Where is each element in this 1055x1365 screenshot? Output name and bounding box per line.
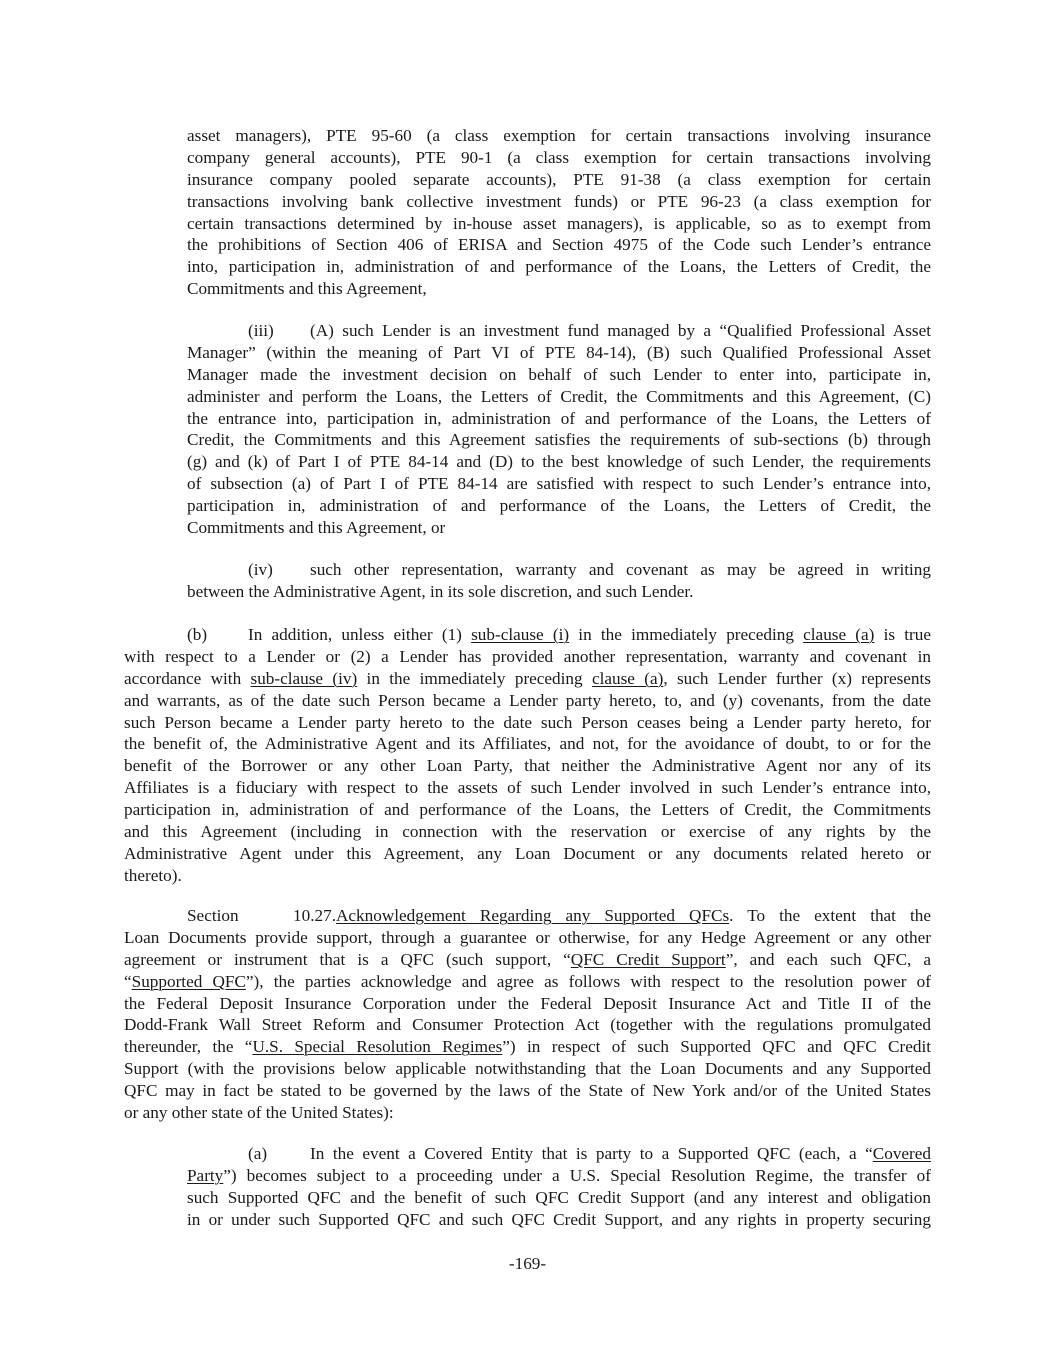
text-line: certain transactions determined by in-ho… bbox=[187, 213, 931, 235]
text-line: the benefit of, the Administrative Agent… bbox=[124, 733, 931, 755]
cross-reference-link[interactable]: sub-clause (i) bbox=[471, 625, 569, 644]
text-line: accordance with sub-clause (iv) in the i… bbox=[124, 668, 931, 690]
paragraph-continuation: asset managers), PTE 95-60 (a class exem… bbox=[187, 125, 931, 300]
text-segment: ”) becomes subject to a proceeding under… bbox=[223, 1166, 931, 1185]
text-segment: agreement or instrument that is a QFC (s… bbox=[124, 950, 571, 969]
text-line: and this Agreement (including in connect… bbox=[124, 821, 931, 843]
text-line: Commitments and this Agreement, or bbox=[187, 517, 931, 539]
text-segment: thereunder, the “ bbox=[124, 1037, 252, 1056]
text-line: with respect to a Lender or (2) a Lender… bbox=[124, 646, 931, 668]
text-line: Support (with the provisions below appli… bbox=[124, 1058, 931, 1080]
paragraph-first-line: (iii)(A) such Lender is an investment fu… bbox=[187, 320, 931, 342]
clause-marker: (iv) bbox=[248, 559, 310, 581]
section-heading-line: Section 10.27.Acknowledgement Regarding … bbox=[124, 905, 931, 927]
defined-term: Party bbox=[187, 1166, 223, 1185]
page-number: -169- bbox=[0, 1254, 1055, 1274]
defined-term: Covered bbox=[873, 1144, 931, 1163]
text-line: Loan Documents provide support, through … bbox=[124, 927, 931, 949]
text-segment: . To the extent that the bbox=[729, 906, 931, 925]
text-segment: In the event a Covered Entity that is pa… bbox=[310, 1144, 873, 1163]
text-line: agreement or instrument that is a QFC (s… bbox=[124, 949, 931, 971]
text-line: the entrance into, participation in, adm… bbox=[187, 408, 931, 430]
paragraph-first-line: (a)In the event a Covered Entity that is… bbox=[187, 1143, 931, 1165]
text-segment: accordance with bbox=[124, 669, 251, 688]
defined-term: Supported QFC bbox=[132, 972, 246, 991]
text-line: participation in, administration of and … bbox=[187, 495, 931, 517]
text-line: of subsection (a) of Part I of PTE 84-14… bbox=[187, 473, 931, 495]
text-segment: in the immediately preceding bbox=[569, 625, 803, 644]
text-segment: In addition, unless either (1) bbox=[248, 625, 471, 644]
text-line: or any other state of the United States)… bbox=[124, 1102, 931, 1124]
text-line: Dodd-Frank Wall Street Reform and Consum… bbox=[124, 1014, 931, 1036]
text-line: insurance company pooled separate accoun… bbox=[187, 169, 931, 191]
text-line: into, participation in, administration o… bbox=[187, 256, 931, 278]
text-line: and warrants, as of the date such Person… bbox=[124, 690, 931, 712]
clause-marker: (a) bbox=[248, 1143, 310, 1165]
paragraph-first-line: (iv)such other representation, warranty … bbox=[187, 559, 931, 581]
text-line: Commitments and this Agreement, bbox=[187, 278, 931, 300]
text-line: Administrative Agent under this Agreemen… bbox=[124, 843, 931, 865]
text-line: company general accounts), PTE 90-1 (a c… bbox=[187, 147, 931, 169]
paragraph-b: (b)In addition, unless either (1) sub-cl… bbox=[124, 624, 931, 887]
text-line: participation in, administration of and … bbox=[124, 799, 931, 821]
text-line: thereto). bbox=[124, 865, 931, 887]
cross-reference-link[interactable]: clause (a) bbox=[803, 625, 874, 644]
text-line: in or under such Supported QFC and such … bbox=[187, 1209, 931, 1231]
text-line: Affiliates is a fiduciary with respect t… bbox=[124, 777, 931, 799]
cross-reference-link[interactable]: sub-clause (iv) bbox=[251, 669, 358, 688]
defined-term: QFC Credit Support bbox=[571, 950, 726, 969]
text-line: the Federal Deposit Insurance Corporatio… bbox=[124, 993, 931, 1015]
text-segment: in the immediately preceding bbox=[357, 669, 592, 688]
section-number: Section 10.27. bbox=[187, 905, 336, 927]
text-line: such Person became a Lender party hereto… bbox=[124, 712, 931, 734]
text-segment: such other representation, warranty and … bbox=[310, 560, 931, 579]
text-line: the prohibitions of Section 406 of ERISA… bbox=[187, 234, 931, 256]
text-line: Manager made the investment decision on … bbox=[187, 364, 931, 386]
clause-marker: (b) bbox=[187, 624, 248, 646]
text-segment: (A) such Lender is an investment fund ma… bbox=[310, 321, 931, 340]
defined-term: U.S. Special Resolution Regimes bbox=[252, 1037, 502, 1056]
text-segment: “ bbox=[124, 972, 132, 991]
text-segment: is true bbox=[874, 625, 931, 644]
text-segment: , such Lender further (x) represents bbox=[663, 669, 931, 688]
paragraph-first-line: (b)In addition, unless either (1) sub-cl… bbox=[124, 624, 931, 646]
text-line: Manager” (within the meaning of Part VI … bbox=[187, 342, 931, 364]
text-line: “Supported QFC”), the parties acknowledg… bbox=[124, 971, 931, 993]
text-line: thereunder, the “U.S. Special Resolution… bbox=[124, 1036, 931, 1058]
text-line: administer and perform the Loans, the Le… bbox=[187, 386, 931, 408]
text-line: (g) and (k) of Part I of PTE 84-14 and (… bbox=[187, 451, 931, 473]
text-line: transactions involving bank collective i… bbox=[187, 191, 931, 213]
paragraph-iii: (iii)(A) such Lender is an investment fu… bbox=[187, 320, 931, 539]
paragraph-iv: (iv)such other representation, warranty … bbox=[187, 559, 931, 603]
paragraph-a: (a)In the event a Covered Entity that is… bbox=[187, 1143, 931, 1231]
text-segment: ”), the parties acknowledge and agree as… bbox=[246, 972, 931, 991]
section-10-27: Section 10.27.Acknowledgement Regarding … bbox=[124, 905, 931, 1124]
section-title: Acknowledgement Regarding any Supported … bbox=[336, 906, 729, 925]
text-line: Party”) becomes subject to a proceeding … bbox=[187, 1165, 931, 1187]
text-segment: ”, and each such QFC, a bbox=[726, 950, 931, 969]
text-segment: ”) in respect of such Supported QFC and … bbox=[502, 1037, 931, 1056]
text-line: Credit, the Commitments and this Agreeme… bbox=[187, 429, 931, 451]
text-line: between the Administrative Agent, in its… bbox=[187, 581, 931, 603]
cross-reference-link[interactable]: clause (a) bbox=[592, 669, 663, 688]
clause-marker: (iii) bbox=[248, 320, 310, 342]
document-page: asset managers), PTE 95-60 (a class exem… bbox=[0, 0, 1055, 1365]
text-line: benefit of the Borrower or any other Loa… bbox=[124, 755, 931, 777]
text-line: asset managers), PTE 95-60 (a class exem… bbox=[187, 125, 931, 147]
text-line: QFC may in fact be stated to be governed… bbox=[124, 1080, 931, 1102]
text-line: such Supported QFC and the benefit of su… bbox=[187, 1187, 931, 1209]
